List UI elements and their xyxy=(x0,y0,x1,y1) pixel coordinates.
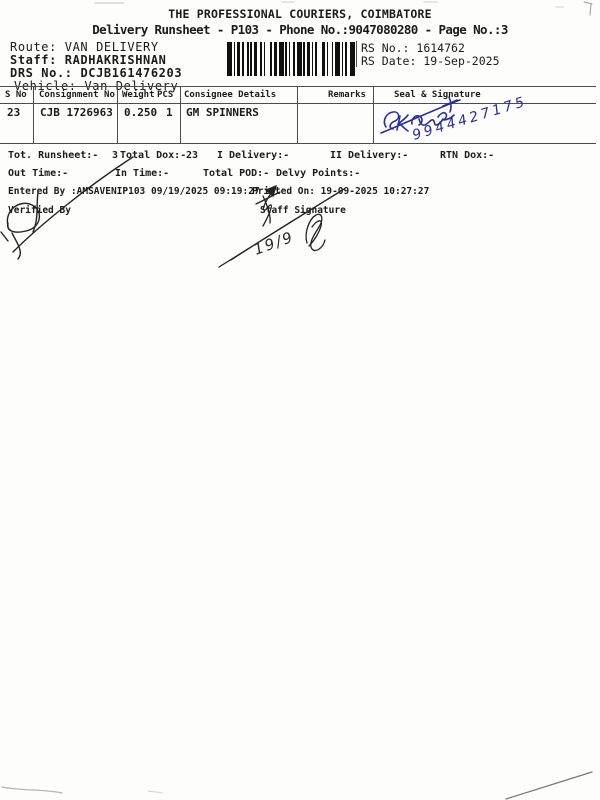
company-title: THE PROFESSIONAL COURIERS, COIMBATORE xyxy=(0,8,600,21)
staff-value: RADHAKRISHNAN xyxy=(65,53,167,67)
runsheet-subtitle: Delivery Runsheet - P103 - Phone No.:904… xyxy=(0,23,600,37)
table-col-line-5 xyxy=(373,86,374,143)
staff-signature-scribble xyxy=(219,186,344,267)
table-col-line-3 xyxy=(180,86,181,143)
handwritten-phone: 9944427175 xyxy=(410,94,529,144)
drs-value: DCJB161476203 xyxy=(80,66,182,80)
entered-by-text: Entered By :AMSAVENIP103 09/19/2025 09:1… xyxy=(8,187,260,197)
ii-delivery-label: II Delivery:- xyxy=(330,150,408,161)
header-pcs: PCS xyxy=(157,91,173,101)
table-header-border xyxy=(0,103,596,104)
header-consignee-details: Consignee Details xyxy=(184,91,276,101)
rs-date-label: RS Date: xyxy=(361,54,416,68)
cell-pcs: 1 xyxy=(166,107,173,119)
barcode-bars xyxy=(227,42,355,76)
total-dox-label: Total Dox:- xyxy=(120,150,186,161)
header-seal-signature: Seal & Signature xyxy=(394,91,481,101)
route-label: Route: xyxy=(10,40,57,54)
staff-label: Staff: xyxy=(10,53,57,67)
barcode-divider xyxy=(356,41,357,67)
header-s-no: S No xyxy=(5,91,27,101)
table-col-line-2 xyxy=(117,86,118,143)
verified-by-label: Verified By xyxy=(8,206,71,216)
out-time-label: Out Time:- xyxy=(8,168,68,179)
header-weight: Weight xyxy=(122,91,155,101)
rs-no-label: RS No.: xyxy=(361,41,409,55)
in-time-label: In Time:- xyxy=(115,168,169,179)
staff-signature-label: Staff Signature xyxy=(260,206,346,216)
total-pod-label: Total POD:- xyxy=(203,168,269,179)
rs-date-row: RS Date: 19-Sep-2025 xyxy=(361,55,500,68)
date-scribble: 19/9 xyxy=(251,228,296,259)
table-bottom-border xyxy=(0,143,596,144)
runsheet-document: THE PROFESSIONAL COURIERS, COIMBATORE De… xyxy=(0,0,600,800)
table-top-border xyxy=(0,86,596,87)
i-delivery-label: I Delivery:- xyxy=(217,150,289,161)
drs-label: DRS No.: xyxy=(10,66,73,80)
rs-no-row: RS No.: 1614762 xyxy=(361,42,465,55)
tot-runsheet-label: Tot. Runsheet:- xyxy=(8,150,98,161)
header-remarks: Remarks xyxy=(328,91,366,101)
cell-consignee: GM SPINNERS xyxy=(186,107,259,119)
tot-runsheet-value: 3 xyxy=(112,150,118,161)
cell-consignment-no: CJB 1726963 xyxy=(40,107,113,119)
rs-date-value: 19-Sep-2025 xyxy=(423,54,499,68)
printed-on-text: Printed On: 19-09-2025 10:27:27 xyxy=(252,187,429,197)
header-consignment-no: Consignment No xyxy=(39,91,115,101)
total-dox-value: 23 xyxy=(186,150,198,161)
rs-no-value: 1614762 xyxy=(416,41,464,55)
table-col-line-1 xyxy=(33,86,34,143)
handwriting-overlay: 9944427175 19/9 xyxy=(0,0,600,800)
table-col-line-4 xyxy=(297,86,298,143)
cell-s-no: 23 xyxy=(7,107,20,119)
delvy-points-label: Delvy Points:- xyxy=(276,168,360,179)
rtn-dox-label: RTN Dox:- xyxy=(440,150,494,161)
route-value: VAN DELIVERY xyxy=(65,40,159,54)
cell-weight: 0.250 xyxy=(124,107,157,119)
